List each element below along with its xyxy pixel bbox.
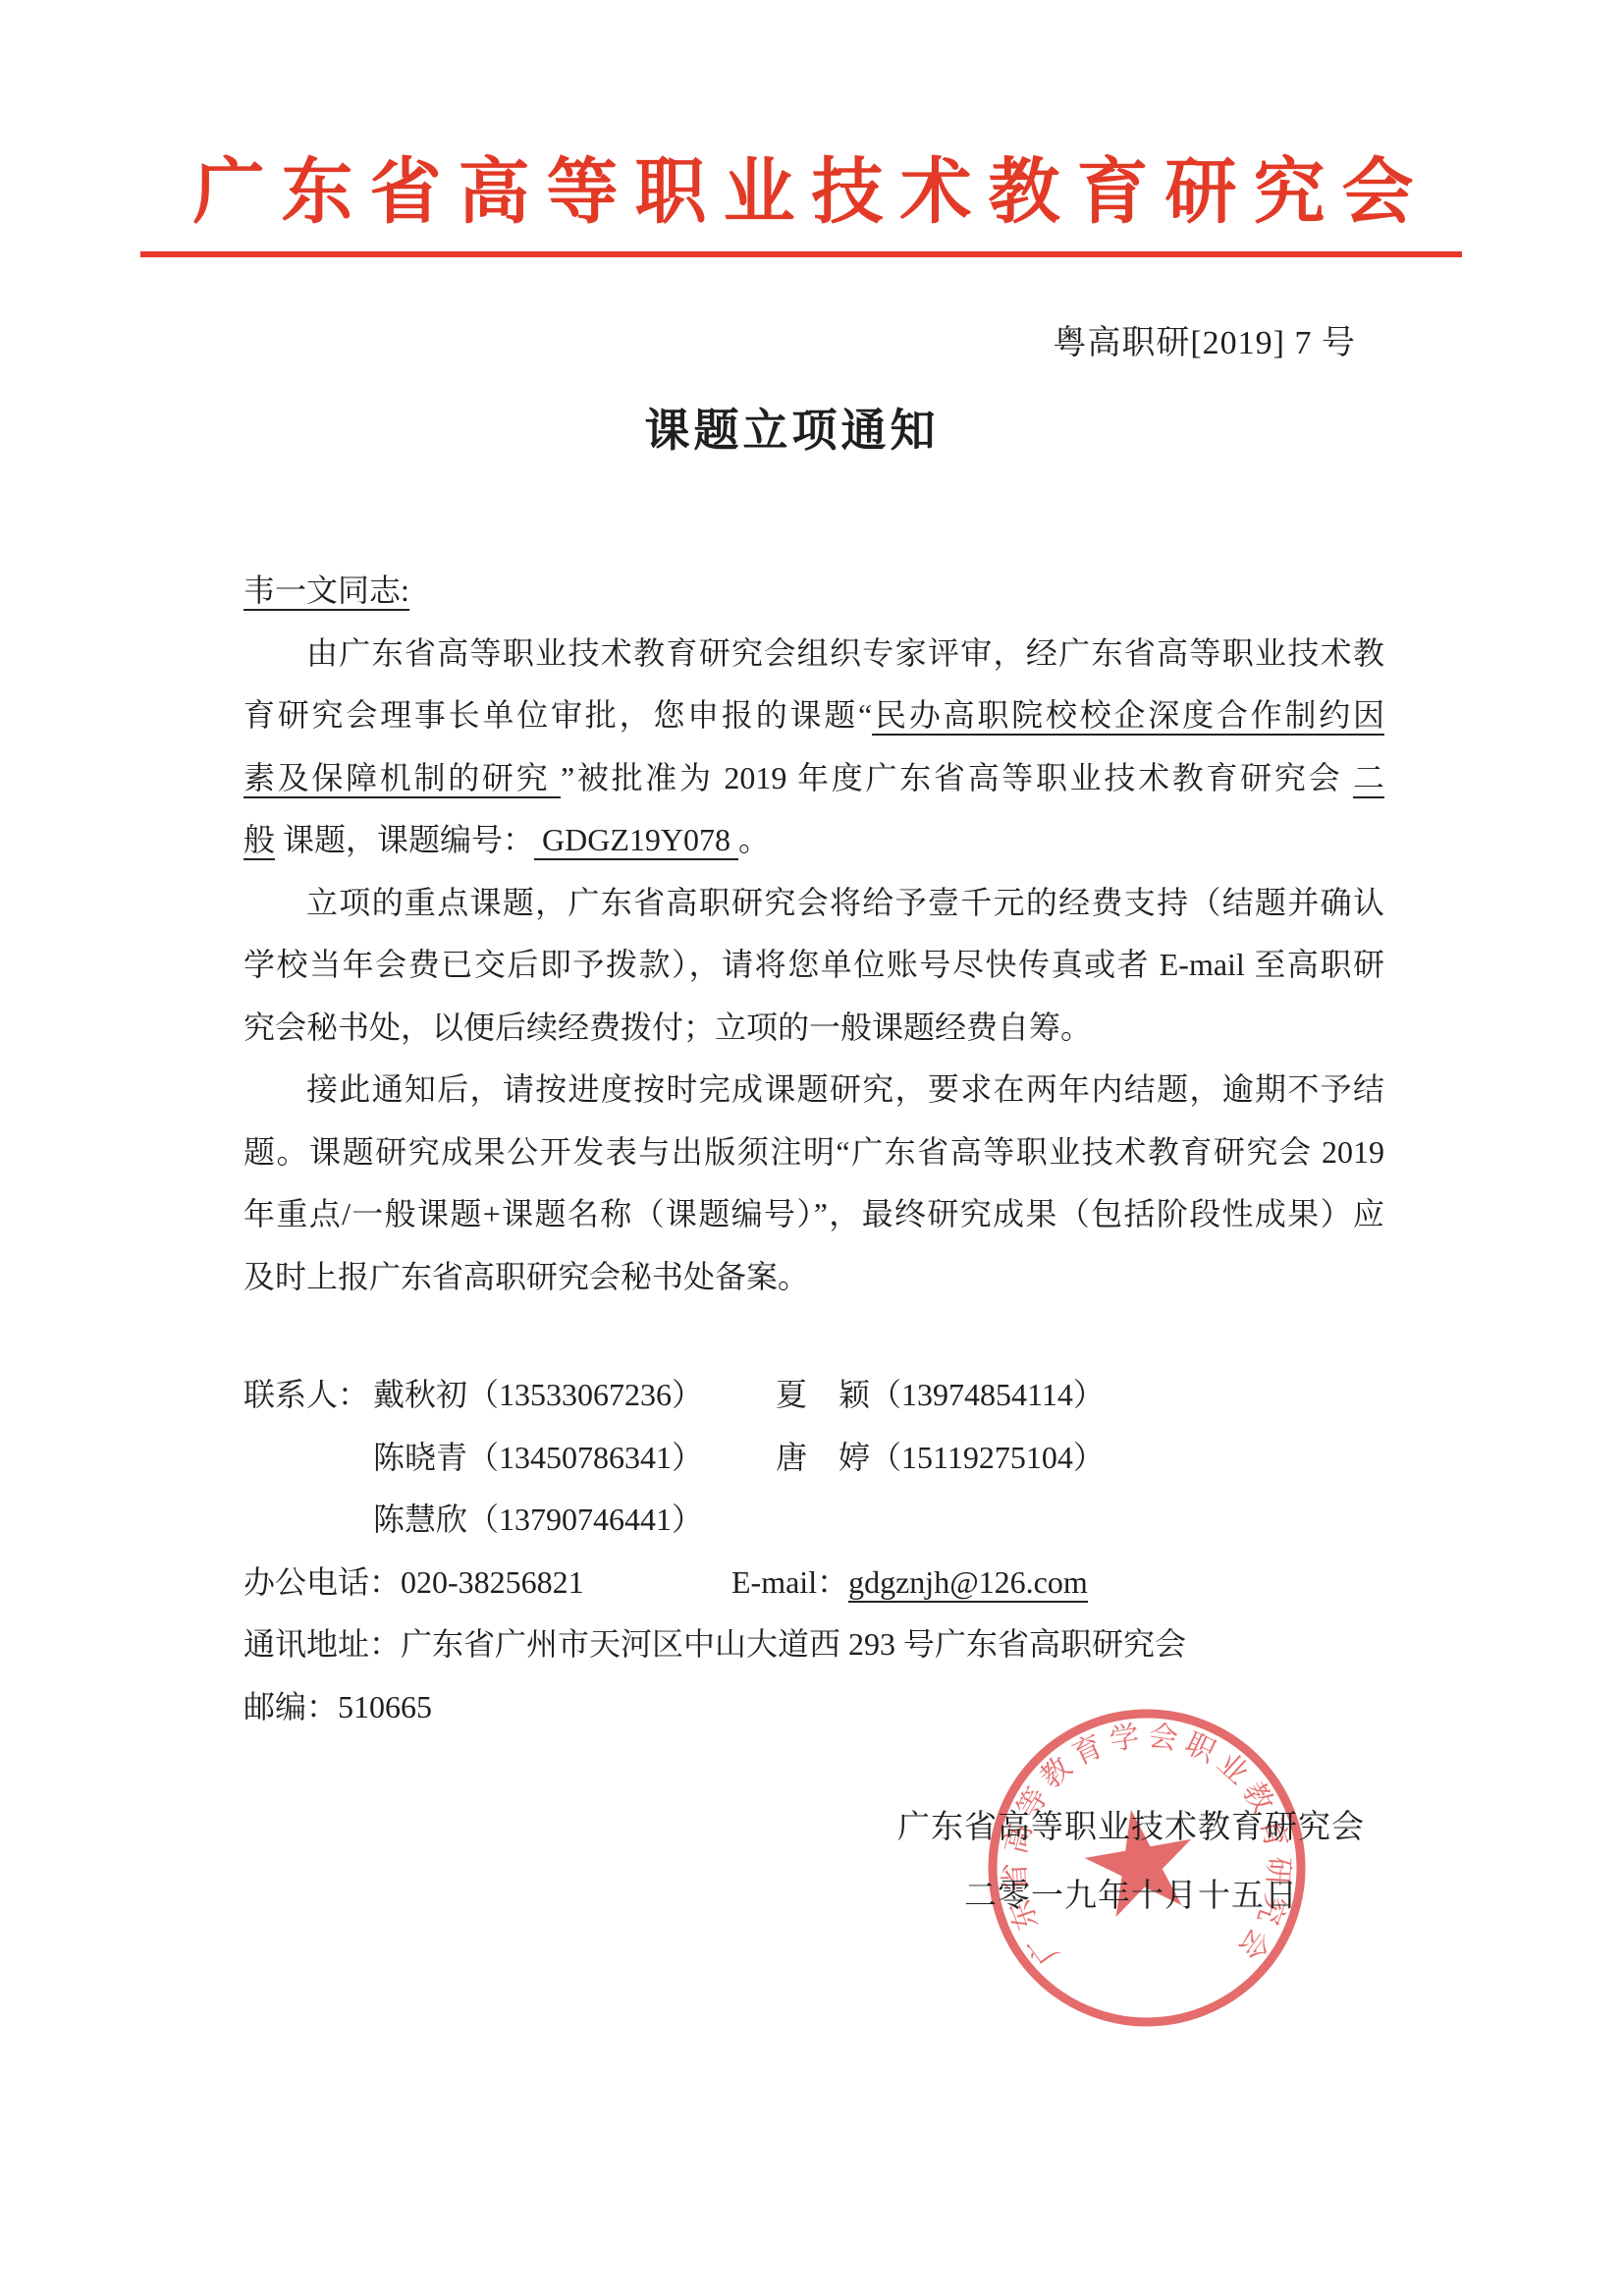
letter-page: 广东省高等职业技术教育研究会 粤高职研[2019] 7 号 课题立项通知 韦一文… [0, 0, 1623, 2296]
contact-person: 陈慧欣（13790746441） [373, 1489, 776, 1552]
body-line: 由广东省高等职业技术教育研究会组织专家评审，经广东省高等职业技术教 [243, 623, 1384, 685]
contact-label [243, 1427, 373, 1490]
body-text: 及时上报广东省高职研究会秘书处备案。 [243, 1259, 809, 1294]
underlined-field: 素及保障机制的研究 [243, 760, 561, 798]
underlined-field: 韦一文同志: [243, 573, 409, 611]
body-text: 。 [738, 822, 770, 857]
signature-date: 二零一九年十月十五日 [886, 1862, 1377, 1931]
letterhead-rule [140, 251, 1462, 257]
postal-code: 邮编：510665 [243, 1676, 432, 1739]
body-line: 素及保障机制的研究 ”被批准为 2019 年度广东省高等职业技术教育研究会 二 [243, 747, 1384, 810]
body-line: 究会秘书处，以便后续经费拨付；立项的一般课题经费自筹。 [243, 997, 1384, 1060]
contact-row: 办公电话：020-38256821 E-mail：gdgznjh@126.com [243, 1552, 1520, 1614]
body-line: 学校当年会费已交后即予拨款），请将您单位账号尽快传真或者 E-mail 至高职研 [243, 934, 1384, 997]
email-value: gdgznjh@126.com [848, 1564, 1088, 1603]
contact-person: 唐 婷（15119275104） [776, 1427, 1105, 1490]
email-line: E-mail：gdgznjh@126.com [731, 1552, 1088, 1614]
body-line: 立项的重点课题，广东省高职研究会将给予壹千元的经费支持（结题并确认 [243, 872, 1384, 935]
contact-row: 陈晓青（13450786341） 唐 婷（15119275104） [243, 1427, 1520, 1490]
mailing-address: 通讯地址：广东省广州市天河区中山大道西 293 号广东省高职研究会 [243, 1613, 1186, 1676]
contact-block: 联系人： 戴秋初（13533067236） 夏 颖（13974854114） 陈… [243, 1364, 1520, 1738]
body-line: 及时上报广东省高职研究会秘书处备案。 [243, 1246, 1384, 1309]
office-phone: 办公电话：020-38256821 [243, 1552, 731, 1614]
email-label: E-mail： [731, 1564, 848, 1600]
body-text: 课题，课题编号： [275, 822, 534, 857]
body-text: 立项的重点课题，广东省高职研究会将给予壹千元的经费支持（结题并确认 [306, 885, 1384, 920]
contact-row: 陈慧欣（13790746441） [243, 1489, 1520, 1552]
contact-row: 联系人： 戴秋初（13533067236） 夏 颖（13974854114） [243, 1364, 1520, 1427]
body-line: 年重点/一般课题+课题名称（课题编号）”，最终研究成果（包括阶段性成果）应 [243, 1183, 1384, 1246]
contact-row: 通讯地址：广东省广州市天河区中山大道西 293 号广东省高职研究会 [243, 1613, 1520, 1676]
body-line: 接此通知后，请按进度按时完成课题研究，要求在两年内结题，逾期不予结 [243, 1059, 1384, 1121]
contact-label: 联系人： [243, 1364, 373, 1427]
body-text: 年重点/一般课题+课题名称（课题编号）”，最终研究成果（包括阶段性成果）应 [243, 1196, 1384, 1231]
contact-person: 戴秋初（13533067236） [373, 1364, 776, 1427]
underlined-field: 般 [243, 822, 275, 860]
signature-block: 广东省高等职业技术教育研究会 二零一九年十月十五日 [886, 1793, 1377, 1931]
body-text: 学校当年会费已交后即予拨款），请将您单位账号尽快传真或者 E-mail 至高职研 [243, 947, 1384, 982]
body-text: ”被批准为 2019 年度广东省高等职业技术教育研究会 [561, 760, 1353, 795]
body-text: 接此通知后，请按进度按时完成课题研究，要求在两年内结题，逾期不予结 [306, 1071, 1384, 1107]
contact-row: 邮编：510665 [243, 1676, 1520, 1739]
body-line: 韦一文同志: [243, 560, 1384, 623]
underlined-field: 民办高职院校校企深度合作制约因 [872, 697, 1384, 736]
letterhead-org-name: 广东省高等职业技术教育研究会 [0, 134, 1623, 237]
body-text: 题。课题研究成果公开发表与出版须注明“广东省高等职业技术教育研究会 2019 [243, 1134, 1384, 1170]
body-text: 育研究会理事长单位审批，您申报的课题“ [243, 697, 872, 733]
contact-label [243, 1489, 373, 1552]
body-text: 由广东省高等职业技术教育研究会组织专家评审，经广东省高等职业技术教 [306, 635, 1384, 671]
contact-person: 夏 颖（13974854114） [776, 1364, 1105, 1427]
body-line: 题。课题研究成果公开发表与出版须注明“广东省高等职业技术教育研究会 2019 [243, 1121, 1384, 1184]
contact-person: 陈晓青（13450786341） [373, 1427, 776, 1490]
letter-body: 韦一文同志:由广东省高等职业技术教育研究会组织专家评审，经广东省高等职业技术教育… [243, 560, 1384, 1308]
body-text: 究会秘书处，以便后续经费拨付；立项的一般课题经费自筹。 [243, 1010, 1092, 1045]
notice-title: 课题立项通知 [0, 395, 1584, 460]
body-line: 般 课题，课题编号： GDGZ19Y078 。 [243, 809, 1384, 872]
underlined-field: 二 [1353, 760, 1384, 798]
body-line: 育研究会理事长单位审批，您申报的课题“民办高职院校校企深度合作制约因 [243, 684, 1384, 747]
doc-number: 粤高职研[2019] 7 号 [1053, 315, 1356, 363]
signature-org: 广东省高等职业技术教育研究会 [886, 1793, 1377, 1862]
underlined-field: GDGZ19Y078 [534, 822, 738, 860]
